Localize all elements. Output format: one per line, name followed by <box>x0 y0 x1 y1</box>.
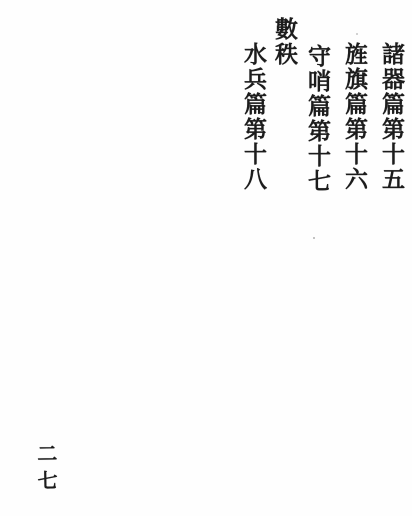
scanned-book-page: 諸器篇第十五 旌旗篇第十六 守哨篇第十七 數秩 水兵篇第十八 二七 <box>0 0 412 516</box>
page-number: 二七 <box>36 443 57 497</box>
chapter-entry-16: 旌旗篇第十六 <box>343 42 366 192</box>
print-speck <box>313 237 315 239</box>
print-speck <box>356 33 358 35</box>
chapter-entry-17: 守哨篇第十七 <box>306 44 329 194</box>
section-label-shu-zhi: 數秩 <box>273 17 296 67</box>
chapter-entry-18: 水兵篇第十八 <box>242 42 265 192</box>
chapter-entry-15: 諸器篇第十五 <box>380 42 403 192</box>
